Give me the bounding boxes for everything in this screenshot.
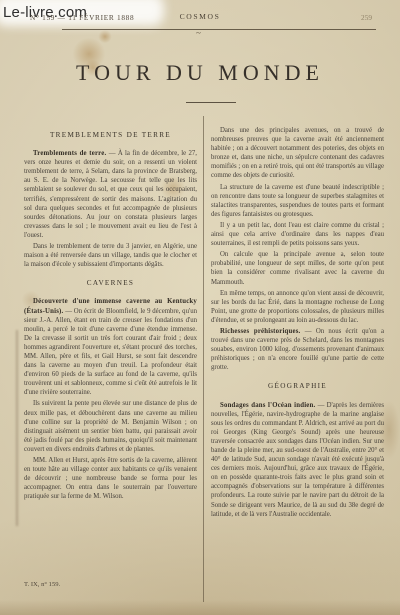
right-column: Dans une des principales avenues, on a t… (211, 126, 384, 521)
left-column: TREMBLEMENTS DE TERRE Tremblements de te… (24, 120, 197, 503)
article-paragraph: MM. Allen et Hurst, après être sortis de… (24, 456, 197, 501)
article-paragraph: Sondages dans l'Océan indien. — D'après … (211, 401, 384, 519)
section-heading-geographie: GÉOGRAPHIE (211, 382, 384, 391)
paper-stain (98, 30, 112, 43)
volume-footnote: T. IX, n° 159. (24, 581, 60, 588)
header-rule (62, 29, 376, 30)
article-paragraph: Ils suivirent la pente peu élevée sur un… (24, 399, 197, 454)
article-paragraph: La structure de la caverne est d'une bea… (211, 183, 384, 219)
article-text: La structure de la caverne est d'une bea… (211, 184, 384, 218)
article-text: Dans le tremblement de terre du 3 janvie… (24, 243, 197, 268)
article-text: En même temps, on annonce qu'on vient au… (211, 290, 384, 324)
article-text: On calcule que la principale avenue a, s… (211, 251, 384, 285)
article-paragraph: On calcule que la principale avenue a, s… (211, 250, 384, 286)
ornament-squiggle: ~ (196, 28, 201, 38)
article-text: Il y a un petit lac, dont l'eau est clai… (211, 222, 384, 247)
article-text: — On écrit de Bloomfield, le 9 décembre,… (24, 308, 197, 397)
article-paragraph: Tremblements de terre. — À la fin de déc… (24, 149, 197, 240)
article-paragraph: En même temps, on annonce qu'on vient au… (211, 289, 384, 325)
article-paragraph: Découverte d'une immense caverne au Kent… (24, 297, 197, 397)
article-text: Dans une des principales avenues, on a t… (211, 127, 384, 179)
article-paragraph: Il y a un petit lac, dont l'eau est clai… (211, 221, 384, 248)
article-text: MM. Allen et Hurst, après être sortis de… (24, 457, 197, 500)
article-text: — D'après les dernières nouvelles, l'Égé… (211, 402, 384, 518)
section-heading-cavernes: CAVERNES (24, 279, 197, 288)
page-title: TOUR DU MONDE (0, 60, 400, 86)
section-heading-tremblements: TREMBLEMENTS DE TERRE (24, 131, 197, 140)
article-lead: Tremblements de terre. (33, 150, 106, 157)
page-number: 259 (361, 13, 372, 22)
article-paragraph: Richesses préhistoriques. — On nous écri… (211, 327, 384, 372)
paper-stain (0, 600, 400, 615)
article-lead: Sondages dans l'Océan indien. (220, 402, 315, 409)
column-divider (203, 116, 204, 602)
journal-title: COSMOS (0, 12, 400, 21)
scan-edge-shadow (16, 330, 18, 526)
scanned-journal-page: Le-livre.com N° 159 — 11 FÉVRIER 1888 CO… (0, 0, 400, 615)
article-paragraph: Dans le tremblement de terre du 3 janvie… (24, 242, 197, 269)
title-rule (186, 102, 236, 103)
article-lead: Richesses préhistoriques. (220, 328, 300, 335)
article-text: — À la fin de décembre, le 27, vers onze… (24, 150, 197, 239)
article-text: Ils suivirent la pente peu élevée sur un… (24, 400, 197, 452)
article-paragraph: Dans une des principales avenues, on a t… (211, 126, 384, 181)
